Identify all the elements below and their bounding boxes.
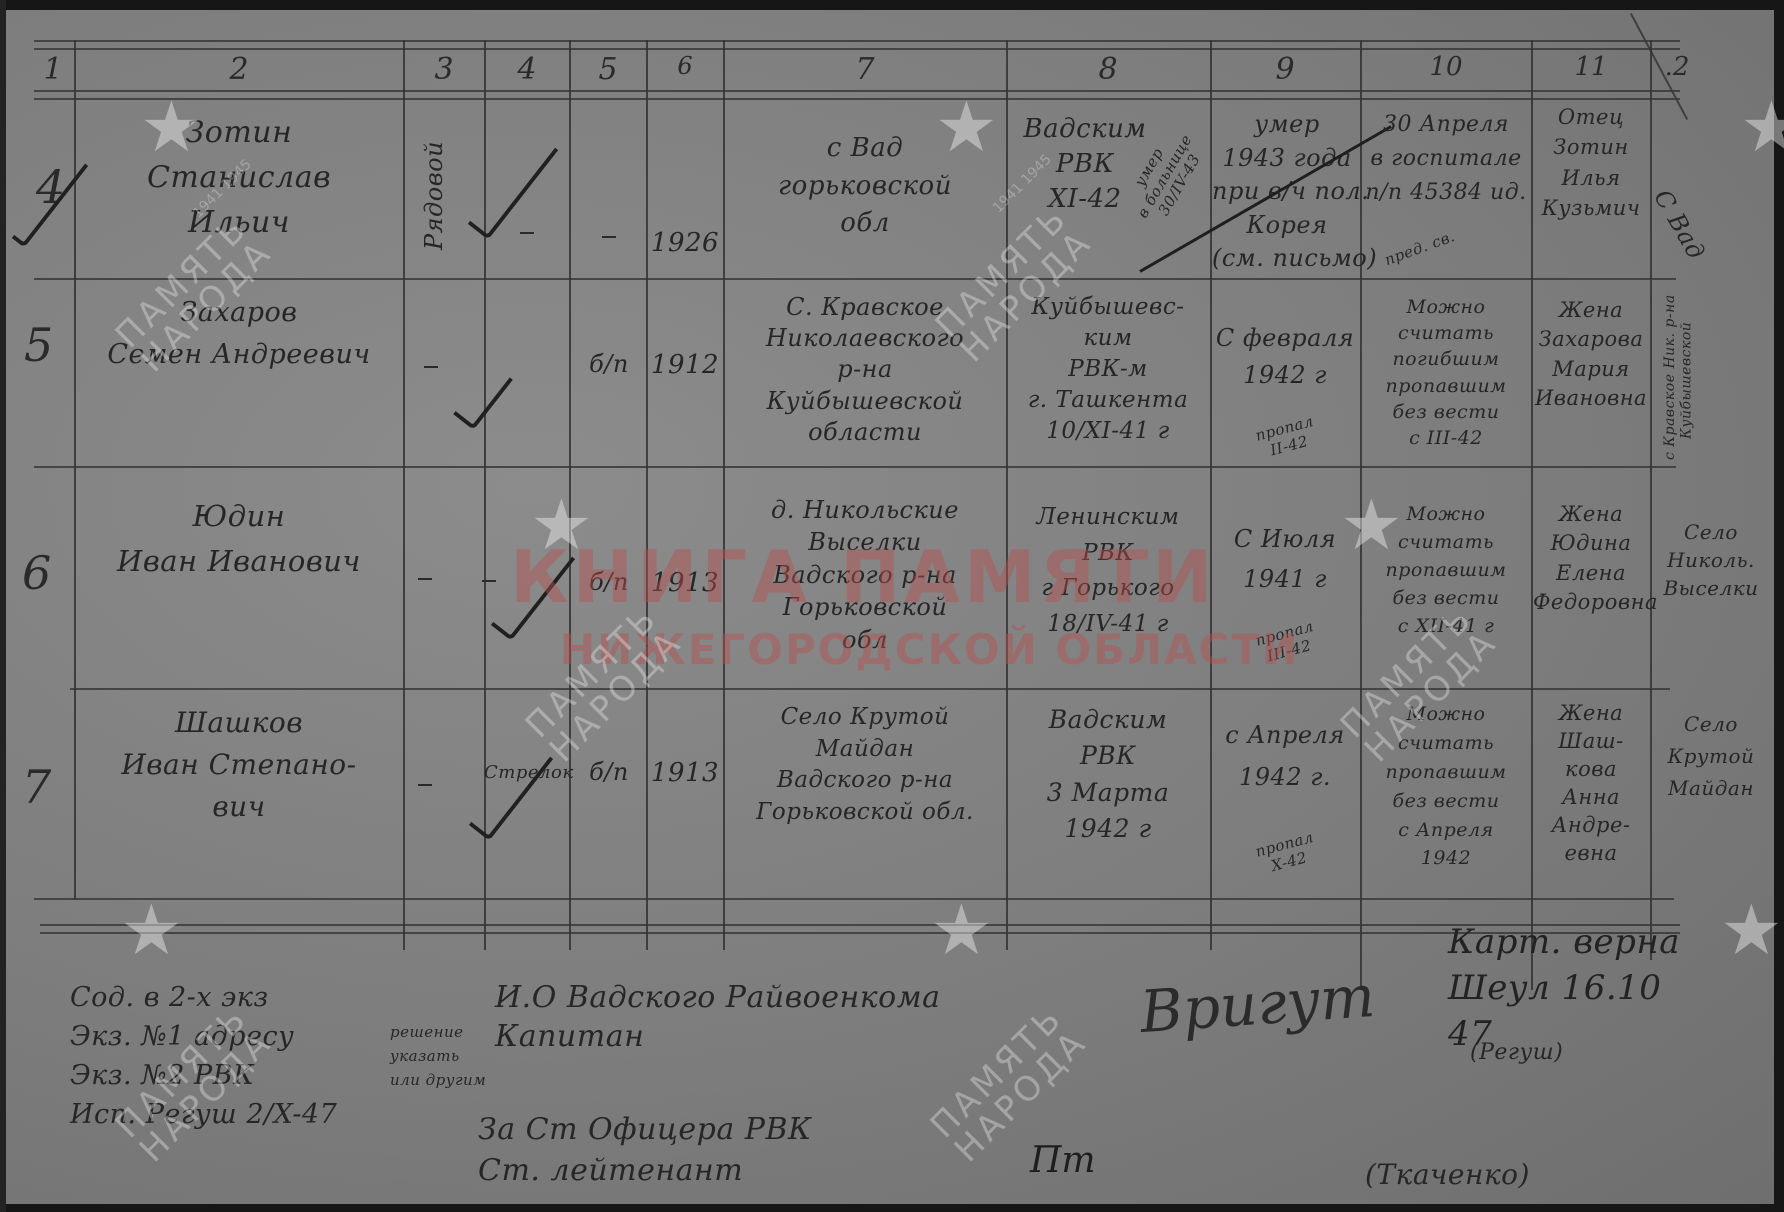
row-divider: [34, 466, 1676, 468]
commissar-title: И.О Вадского Райвоенкома Капитан: [495, 978, 940, 1056]
dash-mark: [418, 578, 432, 580]
check-mark: [453, 364, 513, 430]
column-number: 2: [76, 52, 402, 87]
dash-mark: [602, 236, 616, 238]
column-rule: [646, 40, 648, 950]
column-number: 8: [1008, 52, 1208, 87]
row-divider: [34, 898, 1674, 900]
column-number: 7: [725, 52, 1005, 87]
column-number: .2: [1652, 52, 1702, 82]
fate-text: С февраля 1942 г: [1212, 320, 1358, 394]
check-mark: [468, 134, 559, 240]
scan-border-right: [1774, 0, 1784, 1212]
dash-mark: [424, 366, 438, 368]
scan-border-left: [0, 0, 6, 1212]
column-rule: [403, 40, 405, 950]
dash-mark: [482, 580, 496, 582]
fate-note: пропал X-42: [1229, 822, 1344, 885]
dash-mark: [418, 784, 432, 786]
birth-year: 1912: [648, 350, 722, 381]
row-number: 6: [22, 546, 51, 600]
watermark-star-icon: ★: [930, 895, 993, 965]
scanned-document-page: 1 2 3 4 5 6 7 8 9 10 11 .2 4 Зотин Стани…: [0, 0, 1784, 1212]
column-number: 4: [486, 52, 568, 87]
birthplace: Село Крутой Майдан Вадского р-на Горьков…: [725, 702, 1005, 829]
column-number: 11: [1533, 52, 1649, 82]
watermark-star-icon: ★: [530, 490, 593, 560]
birth-year: 1913: [648, 758, 722, 789]
draft-office: Вадским РВК 3 Марта 1942 г: [1008, 702, 1208, 847]
scan-border-bottom: [0, 1204, 1784, 1212]
address: Село Крутой Майдан: [1652, 708, 1770, 804]
party-status: б/п: [576, 350, 642, 378]
column-number: 9: [1212, 52, 1358, 87]
rank-text: Рядовой: [420, 130, 448, 260]
address: Село Николь. Выселки: [1652, 518, 1770, 602]
row-divider: [34, 278, 1676, 280]
fate-note: пред. св.: [1379, 227, 1460, 271]
address: с Кравское Ник. р-на Куйбышевской: [1662, 300, 1695, 460]
table-bottom-rule: [40, 924, 1680, 934]
relative: Жена Юдина Елена Федоровна: [1533, 500, 1649, 618]
fate-note: пропал II-42: [1229, 406, 1344, 469]
birth-year: 1926: [648, 228, 722, 259]
fate-detail: 30 Апреля в госпитале п/п 45384 ид.: [1362, 108, 1530, 210]
officer-name: (Ткаченко): [1365, 1158, 1530, 1191]
watermark-star-icon: ★: [1340, 490, 1403, 560]
row-number: 5: [24, 318, 53, 372]
watermark-star-icon: ★: [935, 92, 998, 162]
column-number: 3: [405, 52, 483, 87]
watermark-star-icon: ★: [140, 92, 203, 162]
dash-mark: [520, 232, 534, 234]
soldier-name: Юдин Иван Иванович: [76, 494, 402, 584]
column-number: 1: [36, 52, 70, 87]
header-bottom-rule: [34, 90, 1680, 100]
soldier-name: Шашков Иван Степано- вич: [76, 702, 402, 828]
column-number: 6: [648, 52, 722, 80]
draft-office: Куйбышевс- ким РВК-м г. Ташкента 10/XI-4…: [1008, 292, 1208, 447]
scan-border-top: [0, 0, 1784, 10]
watermark-title: КНИГА ПАМЯТИ: [510, 535, 1216, 619]
commissar-signature: Вригут: [1138, 962, 1377, 1046]
fate-detail: Можно считать погибшим пропавшим без вес…: [1362, 294, 1530, 451]
relative: Жена Шаш- кова Анна Андре- евна: [1533, 700, 1649, 868]
officer-title: За Ст Офицера РВК Ст. лейтенант: [478, 1110, 812, 1191]
watermark-star-icon: ★: [1740, 92, 1784, 162]
margin-note: решение указать или другим: [390, 1020, 486, 1092]
watermark-star-icon: ★: [120, 895, 183, 965]
row-number: 7: [22, 760, 51, 814]
fate-text: умер 1943 года при в/ч пол. Корея (см. п…: [1212, 108, 1362, 276]
column-number: 5: [571, 52, 645, 87]
certifier-name: (Регуш): [1470, 1040, 1563, 1066]
watermark-star-icon: ★: [1720, 895, 1783, 965]
fate-text: с Апреля 1942 г.: [1212, 714, 1358, 798]
relative: Жена Захарова Мария Ивановна: [1533, 296, 1649, 414]
party-status: б/п: [576, 758, 642, 786]
column-number: 10: [1362, 52, 1530, 82]
certification-note: Карт. верна Шеул 16.10 47: [1448, 920, 1680, 1058]
fate-text: С Июля 1941 г: [1212, 520, 1358, 599]
table-top-rule: [34, 40, 1680, 50]
officer-signature: Пт: [1030, 1140, 1096, 1181]
check-mark: [469, 743, 554, 841]
relative: Отец Зотин Илья Кузьмич: [1533, 102, 1649, 224]
